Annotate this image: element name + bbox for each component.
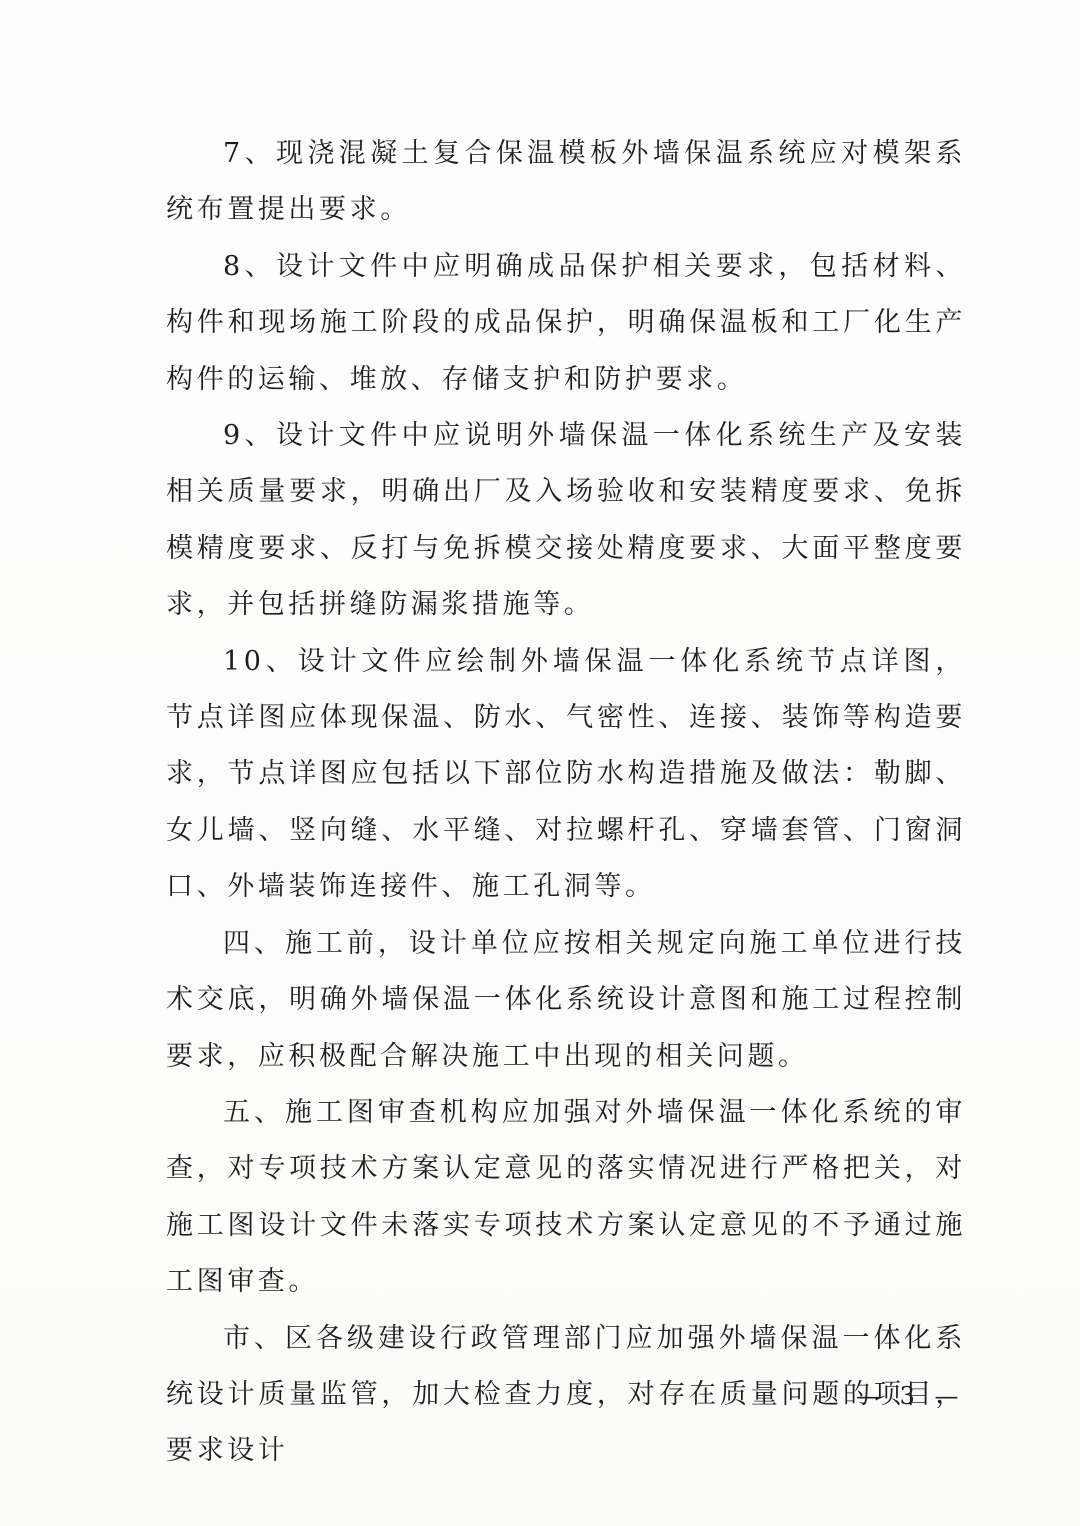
paragraph-item-10: 10、设计文件应绘制外墙保温一体化系统节点详图，节点详图应体现保温、防水、气密性… [166, 634, 966, 916]
paragraph-item-8: 8、设计文件中应明确成品保护相关要求，包括材料、构件和现场施工阶段的成品保护，明… [166, 239, 966, 408]
document-page: 7、现浇混凝土复合保温模板外墙保温系统应对模架系统布置提出要求。 8、设计文件中… [0, 0, 1080, 1526]
page-number: — 3 — [856, 1382, 965, 1410]
document-body: 7、现浇混凝土复合保温模板外墙保温系统应对模架系统布置提出要求。 8、设计文件中… [166, 126, 966, 1480]
paragraph-section-5: 五、施工图审查机构应加强对外墙保温一体化系统的审查，对专项技术方案认定意见的落实… [166, 1085, 966, 1311]
paragraph-item-7: 7、现浇混凝土复合保温模板外墙保温系统应对模架系统布置提出要求。 [166, 126, 966, 239]
paragraph-section-4: 四、施工前，设计单位应按相关规定向施工单位进行技术交底，明确外墙保温一体化系统设… [166, 916, 966, 1085]
paragraph-supervision: 市、区各级建设行政管理部门应加强外墙保温一体化系统设计质量监管，加大检查力度，对… [166, 1311, 966, 1480]
paragraph-item-9: 9、设计文件中应说明外墙保温一体化系统生产及安装相关质量要求，明确出厂及入场验收… [166, 408, 966, 634]
